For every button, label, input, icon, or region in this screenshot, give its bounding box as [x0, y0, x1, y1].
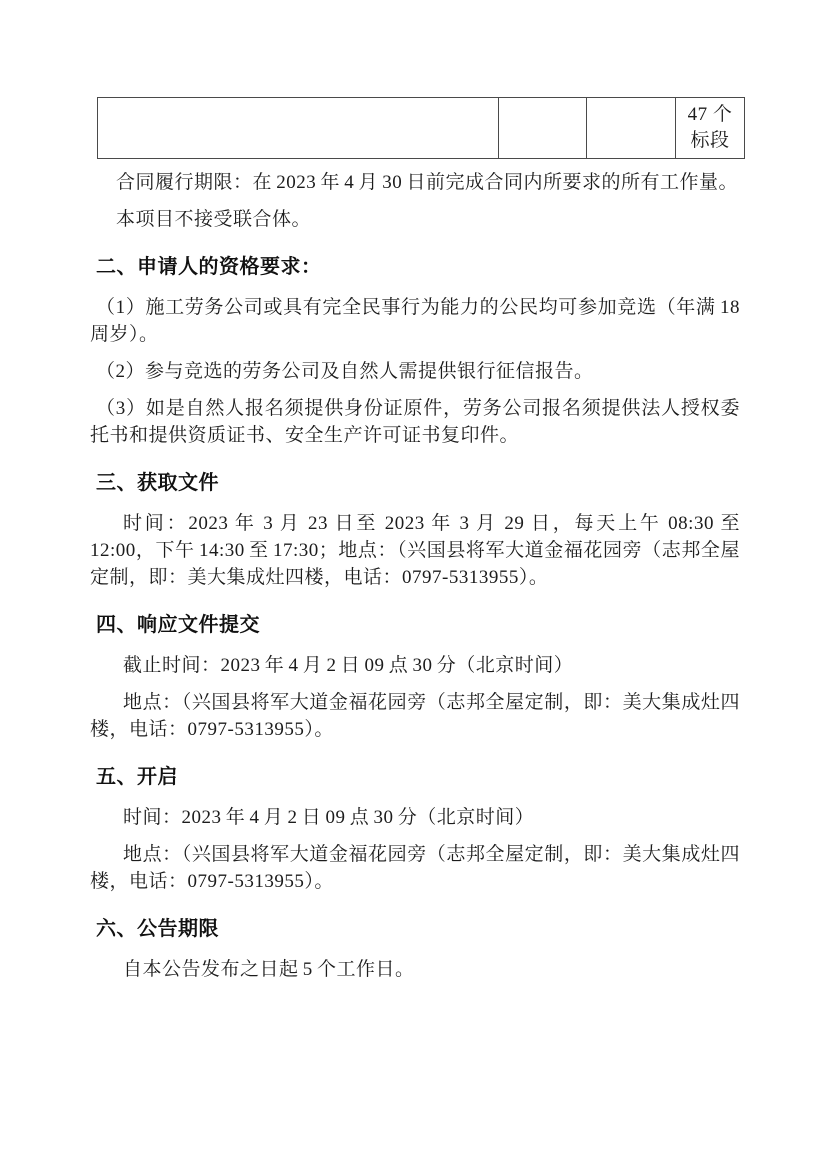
announcement-period-duration: 自本公告发布之日起 5 个工作日。: [90, 956, 740, 983]
table-cell-empty-2: [499, 98, 587, 159]
heading-response-submission: 四、响应文件提交: [96, 611, 740, 639]
heading-obtain-documents: 三、获取文件: [96, 469, 740, 497]
response-submission-place: 地点：（兴国县将军大道金福花园旁（志邦全屋定制，即：美大集成灶四楼，电话：079…: [90, 689, 740, 743]
heading-opening: 五、开启: [96, 763, 740, 791]
table-cell-empty-1: [98, 98, 499, 159]
qualification-item-2: （2）参与竞选的劳务公司及自然人需提供银行征信报告。: [90, 358, 740, 385]
qualification-item-1: （1）施工劳务公司或具有完全民事行为能力的公民均可参加竞选（年满 18 周岁）。: [90, 294, 740, 348]
qualification-item-3: （3）如是自然人报名须提供身份证原件，劳务公司报名须提供法人授权委托书和提供资质…: [90, 395, 740, 449]
lot-table-fragment: 47 个标段: [97, 97, 745, 159]
table-cell-lot-count: 47 个标段: [676, 98, 745, 159]
opening-time: 时间：2023 年 4 月 2 日 09 点 30 分（北京时间）: [90, 804, 740, 831]
table-row: 47 个标段: [98, 98, 745, 159]
heading-announcement-period: 六、公告期限: [96, 915, 740, 943]
document-page: 47 个标段 合同履行期限：在 2023 年 4 月 30 日前完成合同内所要求…: [0, 0, 827, 1170]
response-submission-deadline: 截止时间：2023 年 4 月 2 日 09 点 30 分（北京时间）: [90, 652, 740, 679]
obtain-documents-time-place: 时间：2023 年 3 月 23 日至 2023 年 3 月 29 日，每天上午…: [90, 510, 740, 591]
table-cell-empty-3: [587, 98, 676, 159]
contract-period-paragraph: 合同履行期限：在 2023 年 4 月 30 日前完成合同内所要求的所有工作量。: [90, 169, 740, 196]
no-consortium-paragraph: 本项目不接受联合体。: [90, 206, 740, 233]
opening-place: 地点：（兴国县将军大道金福花园旁（志邦全屋定制，即：美大集成灶四楼，电话：079…: [90, 841, 740, 895]
heading-qualification-requirements: 二、申请人的资格要求：: [96, 253, 740, 281]
